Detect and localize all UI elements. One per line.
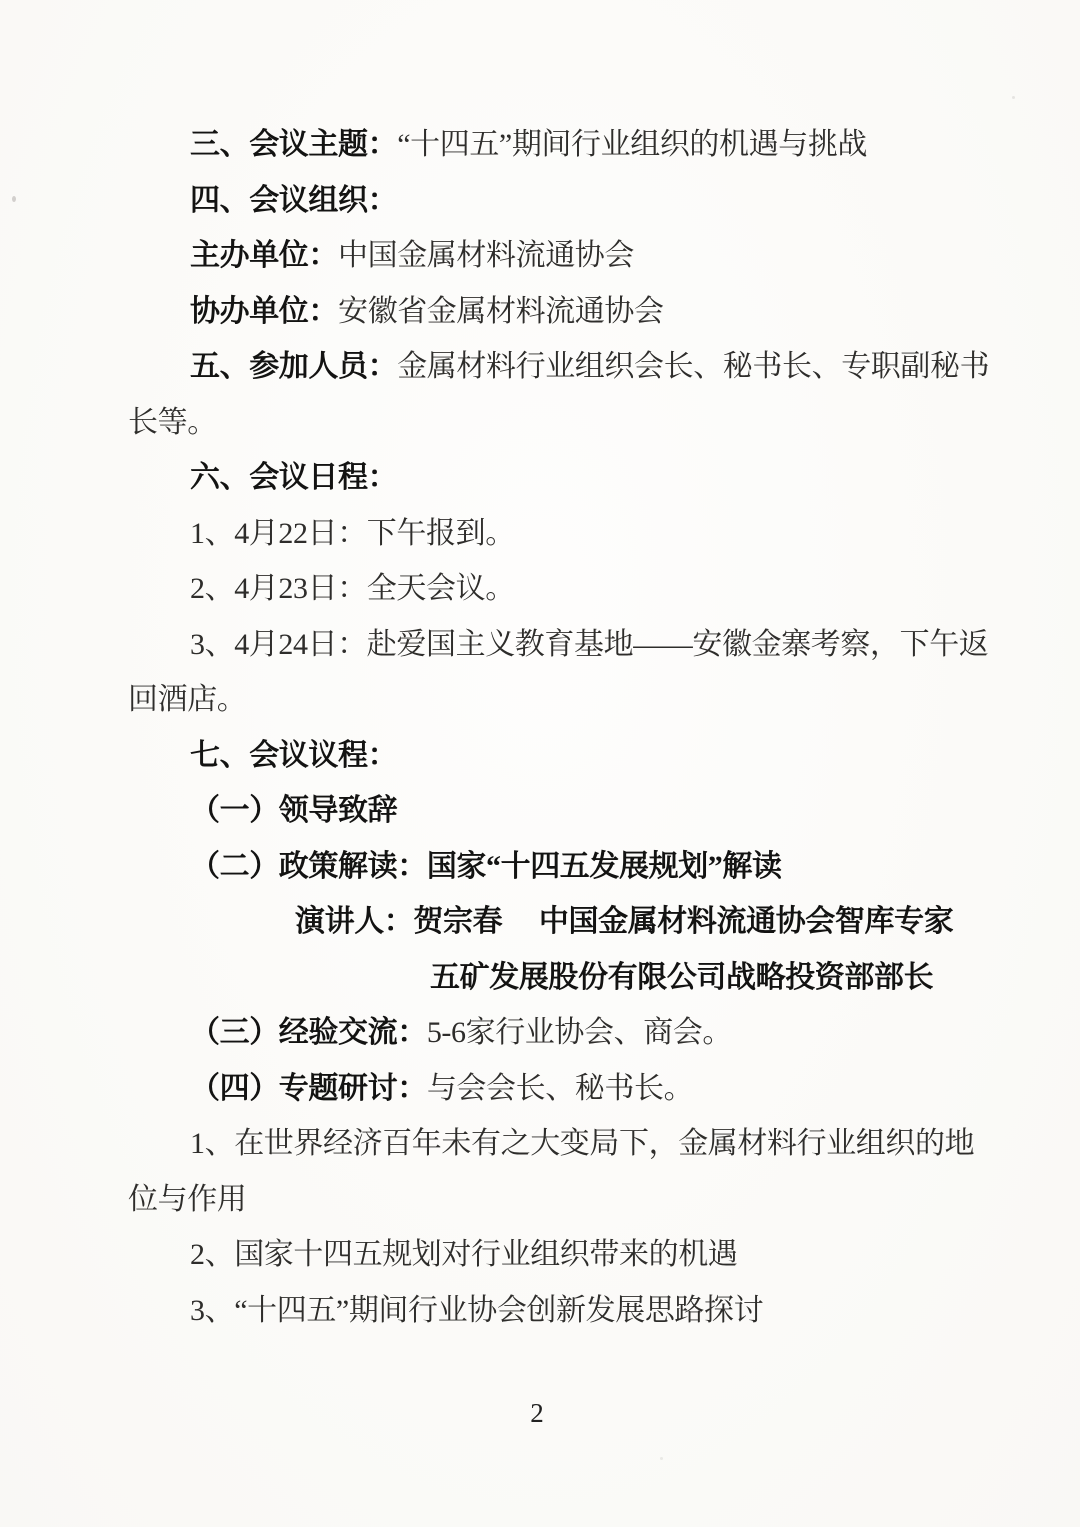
- text-line: 2、4月23日：全天会议。: [128, 561, 988, 617]
- scanned-document-page: 三、会议主题：“十四五”期间行业组织的机遇与挑战四、会议组织：主办单位：中国金属…: [0, 0, 1080, 1527]
- text-line: 3、4月24日：赴爱国主义教育基地——安徽金寨考察，下午返: [128, 617, 988, 673]
- text-segment-bold: 四、会议组织：: [190, 184, 397, 217]
- scan-speck: [1012, 96, 1015, 99]
- text-segment-bold: （三）经验交流：: [190, 1016, 427, 1049]
- text-segment-bold: 主办单位：: [190, 239, 338, 272]
- text-line: 3、“十四五”期间行业协会创新发展思路探讨: [128, 1283, 988, 1339]
- text-segment: 金属材料行业组织会长、秘书长、专职副秘书: [397, 350, 989, 383]
- text-segment: 1、4月22日：下午报到。: [190, 517, 515, 550]
- text-segment-bold: 五、参加人员：: [190, 350, 397, 383]
- text-line: 1、在世界经济百年未有之大变局下，金属材料行业组织的地: [128, 1116, 988, 1172]
- text-line: 七、会议议程：: [128, 728, 988, 784]
- text-segment: 位与作用: [128, 1183, 246, 1216]
- text-segment: 长等。: [128, 406, 217, 439]
- text-segment-bold: （四）专题研讨：: [190, 1072, 427, 1105]
- scan-speck: [12, 196, 16, 202]
- text-line: （二）政策解读：国家“十四五发展规划”解读: [128, 839, 988, 895]
- text-line: 2、国家十四五规划对行业组织带来的机遇: [128, 1227, 988, 1283]
- text-line: 演讲人：贺宗春 中国金属材料流通协会智库专家: [128, 894, 988, 950]
- text-segment: 1、在世界经济百年未有之大变局下，金属材料行业组织的地: [190, 1127, 974, 1160]
- text-segment: 安徽省金属材料流通协会: [338, 295, 664, 328]
- scan-speck: [660, 1457, 663, 1460]
- text-line: 协办单位：安徽省金属材料流通协会: [128, 284, 988, 340]
- text-segment-bold: 演讲人：贺宗春 中国金属材料流通协会智库专家: [295, 905, 953, 938]
- text-line: 五矿发展股份有限公司战略投资部部长: [128, 950, 988, 1006]
- text-segment: 2、4月23日：全天会议。: [190, 572, 515, 605]
- text-segment-bold: 国家“十四五发展规划”解读: [427, 850, 782, 883]
- text-line: 回酒店。: [128, 672, 988, 728]
- text-line: （一）领导致辞: [128, 783, 988, 839]
- text-segment: 2、国家十四五规划对行业组织带来的机遇: [190, 1238, 737, 1271]
- text-segment: 中国金属材料流通协会: [338, 239, 634, 272]
- text-segment: 5-6家行业协会、商会。: [427, 1016, 732, 1049]
- document-body: 三、会议主题：“十四五”期间行业组织的机遇与挑战四、会议组织：主办单位：中国金属…: [128, 117, 988, 1338]
- page-number: 2: [0, 1398, 1074, 1429]
- text-line: 主办单位：中国金属材料流通协会: [128, 228, 988, 284]
- text-segment-bold: 三、会议主题：: [190, 128, 397, 161]
- text-line: 1、4月22日：下午报到。: [128, 506, 988, 562]
- text-line: 五、参加人员：金属材料行业组织会长、秘书长、专职副秘书: [128, 339, 988, 395]
- text-segment: 回酒店。: [128, 683, 246, 716]
- text-segment-bold: 协办单位：: [190, 295, 338, 328]
- text-segment-bold: （一）领导致辞: [190, 794, 397, 827]
- text-line: 位与作用: [128, 1172, 988, 1228]
- text-line: （四）专题研讨：与会会长、秘书长。: [128, 1061, 988, 1117]
- text-line: 六、会议日程：: [128, 450, 988, 506]
- text-segment-bold: 七、会议议程：: [190, 739, 397, 772]
- text-segment: “十四五”期间行业组织的机遇与挑战: [397, 128, 867, 161]
- text-line: 四、会议组织：: [128, 173, 988, 229]
- text-segment: 与会会长、秘书长。: [427, 1072, 693, 1105]
- text-segment: 3、4月24日：赴爱国主义教育基地——安徽金寨考察，下午返: [190, 628, 988, 661]
- text-line: （三）经验交流：5-6家行业协会、商会。: [128, 1005, 988, 1061]
- text-segment-bold: （二）政策解读：: [190, 850, 427, 883]
- text-segment-bold: 六、会议日程：: [190, 461, 397, 494]
- text-line: 三、会议主题：“十四五”期间行业组织的机遇与挑战: [128, 117, 988, 173]
- text-segment: 3、“十四五”期间行业协会创新发展思路探讨: [190, 1294, 763, 1327]
- text-segment-bold: 五矿发展股份有限公司战略投资部部长: [430, 961, 933, 994]
- text-line: 长等。: [128, 395, 988, 451]
